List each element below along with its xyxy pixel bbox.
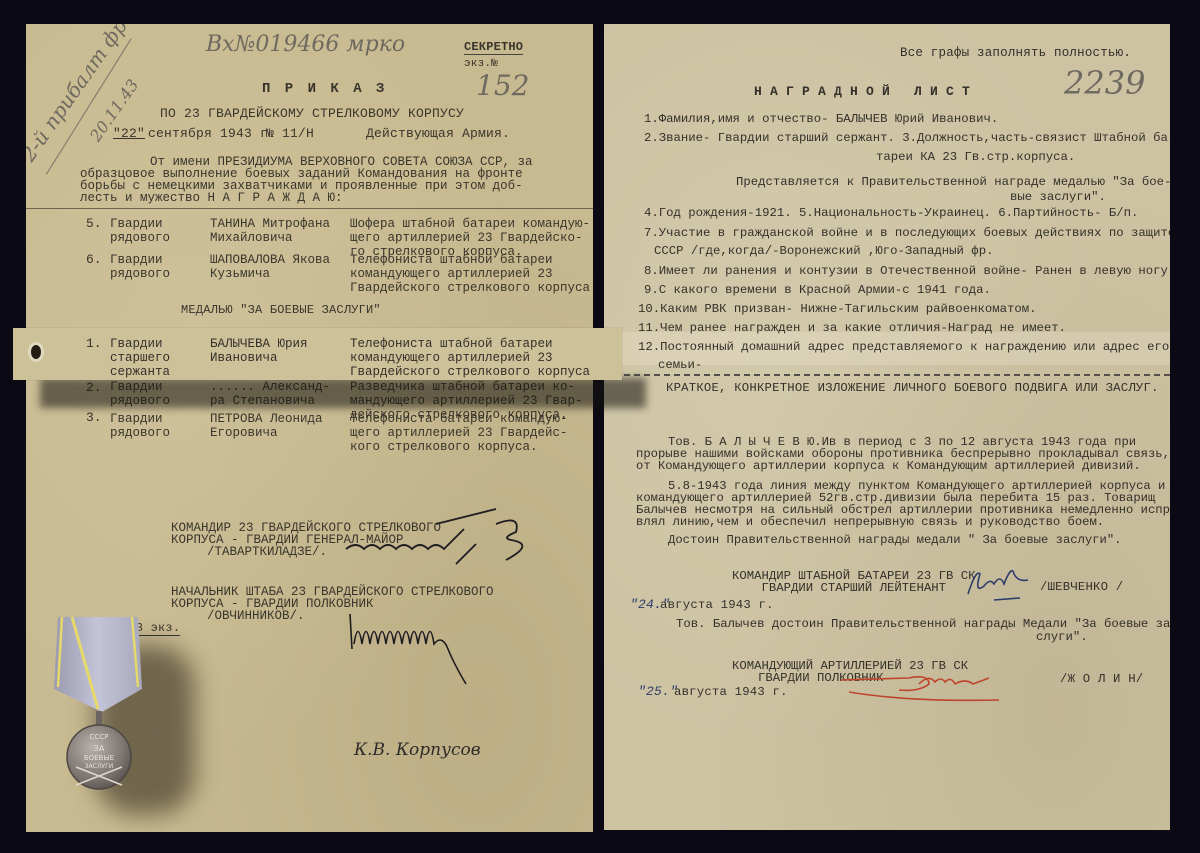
entry-number: 6.: [86, 252, 102, 267]
army-label: Действующая Армия.: [366, 126, 510, 141]
summary-text: Тов. Б А Л Ы Ч Е В Ю.Ив в период с 3 по …: [636, 436, 1170, 546]
order-title: П Р И К А З: [262, 81, 387, 97]
commander-signature: [326, 504, 546, 584]
field-nomination: Представляется к Правительственной награ…: [736, 175, 1170, 189]
combat-service-medal-image: СССР ЗА БОЕВЫЕ ЗАСЛУГИ: [52, 617, 162, 797]
battery-commander-name: /ШЕВЧЕНКО /: [1040, 580, 1123, 594]
entry-name: ТАНИНА Митрофана Михайловича: [210, 217, 330, 245]
summary-heading: КРАТКОЕ, КОНКРЕТНОЕ ИЗЛОЖЕНИЕ ЛИЧНОГО БО…: [666, 381, 1159, 395]
medal-text-ussr: СССР: [90, 733, 109, 741]
handwritten-folio-number: 152: [476, 69, 529, 102]
sig2-date: августа 1943 г.: [674, 685, 788, 699]
medal-text: БОЕВЫЕ: [84, 754, 114, 762]
entry-name: ШАПОВАЛОВА Якова Кузьмича: [210, 253, 330, 281]
field-previous-awards: 11.Чем ранее награжден и за какие отличи…: [638, 321, 1066, 335]
field-service-since: 9.С какого времени в Красной Армии-с 194…: [644, 283, 991, 297]
preamble-line: лесть и мужество Н А Г Р А Ж Д А Ю:: [80, 192, 533, 204]
punch-hole: [31, 345, 41, 359]
handwritten-sheet-number: 2239: [1064, 64, 1145, 102]
sig2-date-day: "25.": [638, 684, 678, 699]
chief-of-staff-signature: [346, 604, 546, 694]
approval-text: Тов. Балычев достоин Правительственной н…: [676, 618, 1170, 644]
highlight-shadow: [40, 378, 646, 408]
order-subtitle: ПО 23 ГВАРДЕЙСКОМУ СТРЕЛКОВОМУ КОРПУСУ: [160, 106, 464, 121]
award-sheet-title: Н А Г Р А Д Н О Й Л И С Т: [754, 84, 970, 99]
order-number: № 11/Н: [266, 126, 314, 141]
summary-line: Достоин Правительственной награды медали…: [636, 534, 1170, 546]
dashed-separator: [604, 374, 1170, 376]
medal-heading: МЕДАЛЬЮ "ЗА БОЕВЫЕ ЗАСЛУГИ": [181, 303, 381, 317]
approval-line: Тов. Балычев достоин Правительственной н…: [676, 618, 1170, 631]
entry-position: Телефониста батареи командую- щего артил…: [350, 412, 568, 454]
summary-line: влял линию,чем и обеспечил непрерывную с…: [636, 516, 1170, 528]
highlighted-award-entry: 1. Гвардии старшего сержанта БАЛЫЧЕВА Юр…: [13, 328, 622, 380]
entry-number: 3.: [86, 410, 102, 425]
entry-name: ПЕТРОВА Леонида Егоровича: [210, 412, 323, 440]
handwritten-registration-number: Вх№019466 мрко: [206, 32, 405, 57]
entry-number: 5.: [86, 216, 102, 231]
field-nomination-cont: вые заслуги".: [1010, 190, 1106, 204]
field-wounds: 8.Имеет ли ранения и контузии в Отечеств…: [644, 264, 1168, 278]
field-birth-nationality-party: 4.Год рождения-1921. 5.Национальность-Ук…: [644, 206, 1138, 220]
field-rank-position: 2.Звание- Гвардии старший сержант. 3.Дол…: [644, 131, 1170, 145]
artillery-commander-name: /Ж О Л И Н/: [1060, 672, 1143, 686]
order-date: сентября 1943 г.: [148, 126, 276, 141]
medal-text: ЗА: [94, 744, 105, 753]
battery-commander-signature: [964, 564, 1034, 604]
summary-line: от Командующего артиллерии корпуса к Ком…: [636, 460, 1170, 472]
field-participation: 7.Участие в гражданской войне и в послед…: [644, 226, 1170, 240]
battery-commander-block: КОМАНДИР ШТАБНОЙ БАТАРЕИ 23 ГВ СК ГВАРДИ…: [732, 570, 976, 594]
entry-rank: Гвардии рядового: [110, 412, 170, 440]
entry-number: 1.: [86, 336, 102, 351]
entry-rank: Гвардии старшего сержанта: [110, 337, 170, 379]
field-family: семьи-: [658, 358, 702, 372]
entry-name: БАЛЫЧЕВА Юрия Ивановича: [210, 337, 308, 365]
order-preamble: От имени ПРЕЗИДИУМА ВЕРХОВНОГО СОВЕТА СО…: [80, 156, 533, 204]
medal-text: ЗАСЛУГИ: [85, 763, 113, 770]
field-position-cont: тареи КА 23 Гв.стр.корпуса.: [876, 150, 1075, 164]
field-drafted-by: 10.Каким РВК призван- Нижне-Тагильским р…: [638, 302, 1036, 316]
order-date-day: "22": [113, 126, 145, 141]
sig1-date: августа 1943 г.: [660, 598, 774, 612]
instruction-text: Все графы заполнять полностью.: [900, 46, 1131, 60]
entry-position: Телефониста штабной батареи командующего…: [350, 253, 590, 295]
paper-fold-line: [26, 208, 593, 209]
artillery-commander-signature: [839, 664, 1039, 704]
field-home-address: 12.Постоянный домашний адрес представляе…: [638, 340, 1169, 354]
entry-rank: Гвардии рядового: [110, 253, 170, 281]
handwritten-name: К.В. Корпусов: [354, 740, 481, 760]
field-name: 1.Фамилия,имя и отчество- БАЛЫЧЕВ Юрий И…: [644, 112, 998, 126]
secret-label: СЕКРЕТНО: [464, 40, 523, 55]
field-participation-cont: СССР /где,когда/-Воронежский ,Юго-Западн…: [654, 244, 993, 258]
approval-line: слуги".: [676, 631, 1170, 644]
entry-rank: Гвардии рядового: [110, 217, 170, 245]
award-sheet-document: Все графы заполнять полностью. 2239 Н А …: [604, 24, 1170, 830]
entry-position: Телефониста штабной батареи командующего…: [350, 337, 590, 379]
signature-line: ГВАРДИИ СТАРШИЙ ЛЕЙТЕНАНТ: [732, 582, 976, 594]
